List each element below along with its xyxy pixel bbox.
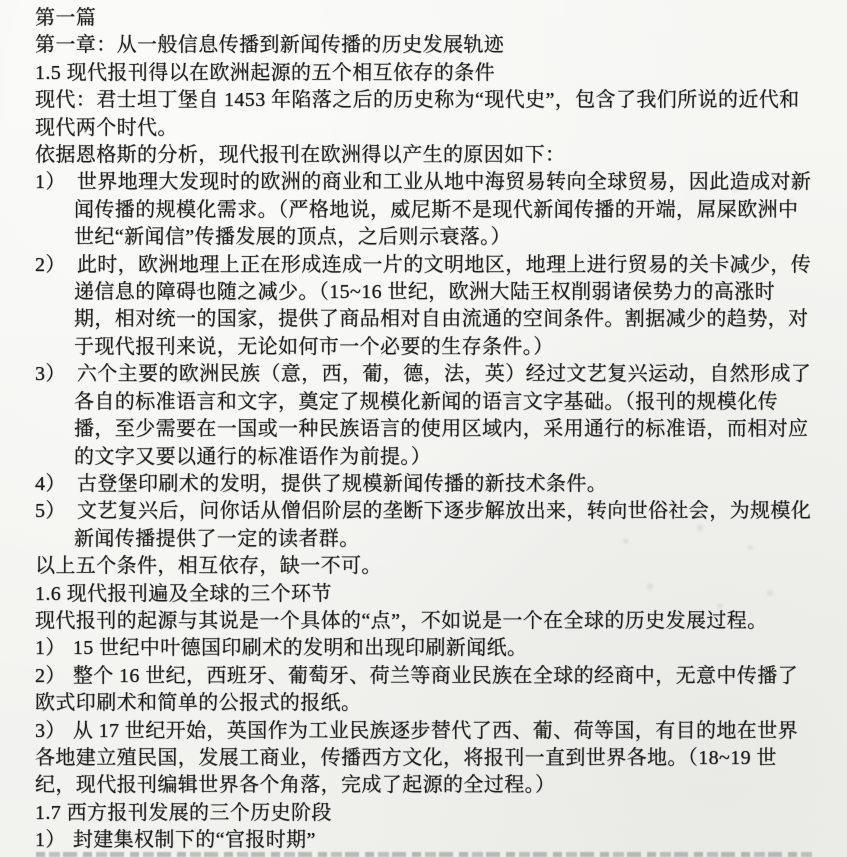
list-item: 1）15 世纪中叶德国印刷术的发明和出现印刷新闻纸。 bbox=[35, 635, 814, 662]
line-text: 古登堡印刷术的发明，提供了规模新闻传播的新技术条件。 bbox=[77, 473, 607, 495]
line-text: 现代：君士坦丁堡自 1453 年陷落之后的历史称为“现代史”，包含了我们所说的近… bbox=[35, 89, 800, 138]
line-text: 1.5 现代报刊得以在欧洲起源的五个相互依存的条件 bbox=[35, 62, 495, 84]
line-text: 整个 16 世纪，西班牙、葡萄牙、荷兰等商业民族在全球的经商中，无意中传播了欧式… bbox=[35, 665, 798, 714]
line-text: 15 世纪中叶德国印刷术的发明和出现印刷新闻纸。 bbox=[73, 637, 528, 659]
list-marker: 5） bbox=[35, 500, 66, 522]
paragraph: 1.7 西方报刊发展的三个历史阶段 bbox=[35, 800, 814, 827]
list-item: 2）此时，欧洲地理上正在形成连成一片的文明地区，地理上进行贸易的关卡减少，传递信… bbox=[35, 252, 814, 362]
line-text: 文艺复兴后，问你话从僧侣阶层的垄断下逐步解放出来，转向世俗社会，为规模化新闻传播… bbox=[74, 500, 811, 549]
document-page: 第一篇第一章：从一般信息传播到新闻传播的历史发展轨迹1.5 现代报刊得以在欧洲起… bbox=[0, 0, 847, 857]
list-item: 4）古登堡印刷术的发明，提供了规模新闻传播的新技术条件。 bbox=[35, 471, 814, 498]
line-text: 第一章：从一般信息传播到新闻传播的历史发展轨迹 bbox=[35, 34, 504, 56]
list-marker: 2） bbox=[35, 254, 66, 276]
paragraph: 以上五个条件，相互依存，缺一不可。 bbox=[35, 553, 814, 580]
line-text: 从 17 世纪开始，英国作为工业民族逐步替代了西、葡、荷等国，有目的地在世界各地… bbox=[35, 720, 798, 797]
list-item: 3）从 17 世纪开始，英国作为工业民族逐步替代了西、葡、荷等国，有目的地在世界… bbox=[35, 718, 814, 800]
paragraph: 第一篇 bbox=[35, 5, 814, 32]
paragraph: 第一章：从一般信息传播到新闻传播的历史发展轨迹 bbox=[35, 32, 814, 59]
paragraph: 现代报刊的起源与其说是一个具体的“点”，不如说是一个在全球的历史发展过程。 bbox=[35, 608, 814, 635]
line-text: 以上五个条件，相互依存，缺一不可。 bbox=[35, 555, 382, 577]
list-marker: 4） bbox=[35, 473, 66, 495]
list-marker: 1） bbox=[35, 637, 66, 659]
line-text: 此时，欧洲地理上正在形成连成一片的文明地区，地理上进行贸易的关卡减少，传递信息的… bbox=[74, 254, 811, 358]
line-text: 世界地理大发现时的欧洲的商业和工业从地中海贸易转向全球贸易，因此造成对新闻传播的… bbox=[74, 171, 811, 248]
paragraph: 1.6 现代报刊遍及全球的三个环节 bbox=[35, 581, 814, 608]
list-item: 3）六个主要的欧洲民族（意，西，葡，德，法，英）经过文艺复兴运动，自然形成了各自… bbox=[35, 361, 814, 471]
cutoff-text-line bbox=[36, 852, 812, 857]
line-text: 封建集权制下的“官报时期” bbox=[73, 829, 316, 851]
list-marker: 2） bbox=[35, 665, 66, 687]
paragraph: 依据恩格斯的分析，现代报刊在欧洲得以产生的原因如下： bbox=[35, 142, 814, 169]
list-marker: 1） bbox=[35, 829, 66, 851]
list-item: 1）封建集权制下的“官报时期” bbox=[35, 827, 814, 854]
paragraph: 现代：君士坦丁堡自 1453 年陷落之后的历史称为“现代史”，包含了我们所说的近… bbox=[35, 87, 814, 142]
line-text: 第一篇 bbox=[35, 7, 96, 29]
list-item: 1）世界地理大发现时的欧洲的商业和工业从地中海贸易转向全球贸易，因此造成对新闻传… bbox=[35, 169, 814, 251]
line-text: 现代报刊的起源与其说是一个具体的“点”，不如说是一个在全球的历史发展过程。 bbox=[35, 610, 768, 632]
list-item: 2）整个 16 世纪，西班牙、葡萄牙、荷兰等商业民族在全球的经商中，无意中传播了… bbox=[35, 663, 814, 718]
line-text: 1.7 西方报刊发展的三个历史阶段 bbox=[35, 802, 332, 824]
paragraph: 1.5 现代报刊得以在欧洲起源的五个相互依存的条件 bbox=[35, 60, 814, 87]
line-text: 依据恩格斯的分析，现代报刊在欧洲得以产生的原因如下： bbox=[35, 144, 565, 166]
list-item: 5）文艺复兴后，问你话从僧侣阶层的垄断下逐步解放出来，转向世俗社会，为规模化新闻… bbox=[35, 498, 814, 553]
list-marker: 1） bbox=[35, 171, 66, 193]
list-marker: 3） bbox=[35, 720, 66, 742]
list-marker: 3） bbox=[35, 363, 66, 385]
line-text: 六个主要的欧洲民族（意，西，葡，德，法，英）经过文艺复兴运动，自然形成了各自的标… bbox=[74, 363, 811, 467]
line-text: 1.6 现代报刊遍及全球的三个环节 bbox=[35, 583, 332, 605]
